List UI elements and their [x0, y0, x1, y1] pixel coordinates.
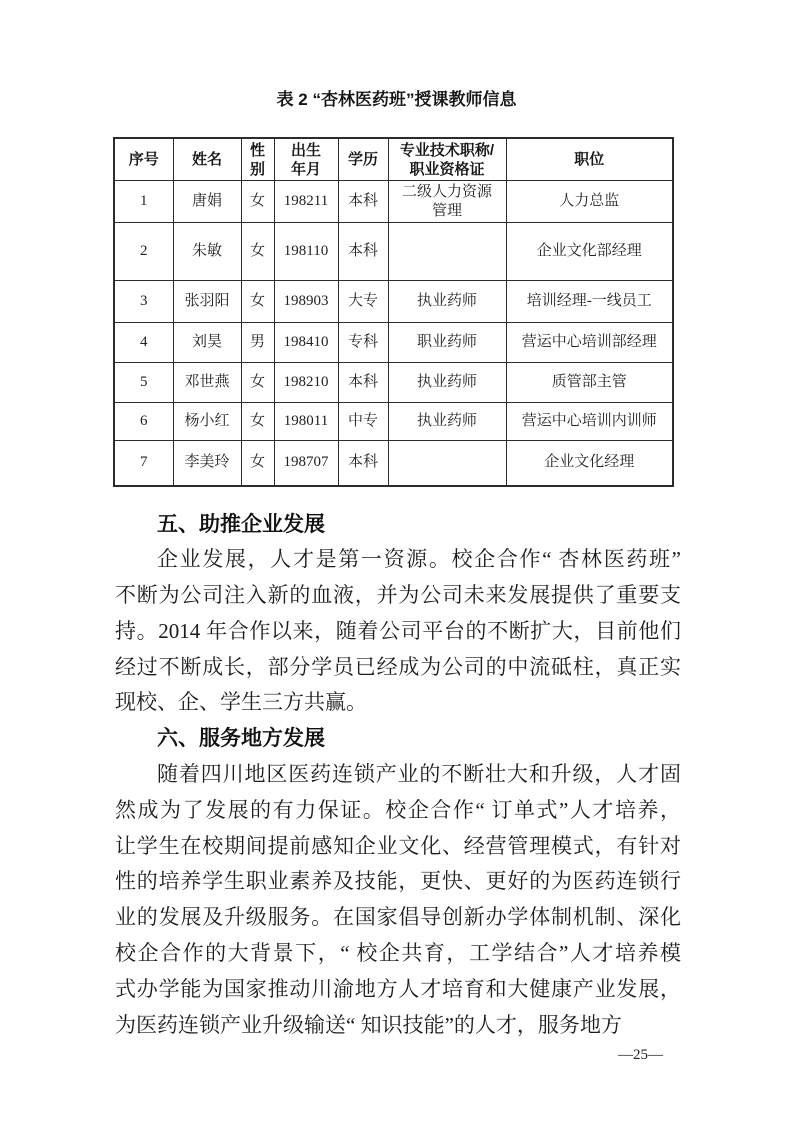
body-text-line: 经过不断成长，部分学员已经成为公司的中流砥柱，真正实: [115, 650, 681, 686]
header-cell: 序号: [114, 138, 173, 181]
table-cell: 男: [241, 323, 274, 363]
table-cell: 营运中心培训部经理: [506, 323, 673, 363]
table-cell: 198210: [274, 363, 338, 403]
section-heading: 五、助推企业发展: [115, 507, 681, 543]
text-sections: 五、助推企业发展企业发展，人才是第一资源。校企合作“ 杏林医药班”不断为公司注入…: [115, 507, 681, 1044]
table-cell: 二级人力资源 管理: [388, 181, 506, 223]
section-heading: 六、服务地方发展: [115, 721, 681, 757]
table-cell: 198410: [274, 323, 338, 363]
body-text-line: 让学生在校期间提前感知企业文化、经营管理模式，有针对: [115, 829, 681, 865]
table-cell: 女: [241, 181, 274, 223]
body-text-line: 校企合作的大背景下，“ 校企共育，工学结合”人才培养模: [115, 936, 681, 972]
table-cell: 女: [241, 441, 274, 486]
table-cell: 1: [114, 181, 173, 223]
table-cell: 198707: [274, 441, 338, 486]
header-cell: 专业技术职称/ 职业资格证: [388, 138, 506, 181]
table-cell: 专科: [338, 323, 388, 363]
table-row: 7李美玲女198707本科企业文化经理: [114, 441, 673, 486]
body-text-line: 然成为了发展的有力保证。校企合作“ 订单式”人才培养，: [115, 793, 681, 829]
table-cell: 邓世燕: [173, 363, 241, 403]
table-row: 5邓世燕女198210本科执业药师质管部主管: [114, 363, 673, 403]
table-cell: 198211: [274, 181, 338, 223]
table-cell: 朱敏: [173, 223, 241, 281]
header-cell: 职位: [506, 138, 673, 181]
body-text-line: 不断为公司注入新的血液，并为公司未来发展提供了重要支: [115, 578, 681, 614]
table-cell: 执业药师: [388, 363, 506, 403]
header-cell: 学历: [338, 138, 388, 181]
table-cell: [388, 223, 506, 281]
table-row: 2朱敏女198110本科企业文化部经理: [114, 223, 673, 281]
table-cell: 本科: [338, 181, 388, 223]
table-cell: 女: [241, 403, 274, 441]
table-cell: 5: [114, 363, 173, 403]
header-cell: 出生 年月: [274, 138, 338, 181]
body-text-line: 企业发展，人才是第一资源。校企合作“ 杏林医药班”: [115, 542, 681, 578]
table-cell: 培训经理-一线员工: [506, 281, 673, 323]
table-cell: 执业药师: [388, 281, 506, 323]
table-header: 序号姓名性 别出生 年月学历专业技术职称/ 职业资格证职位: [114, 138, 673, 181]
table-cell: 职业药师: [388, 323, 506, 363]
table-cell: 本科: [338, 223, 388, 281]
body-text-line: 式办学能为国家推动川渝地方人才培育和大健康产业发展，: [115, 972, 681, 1008]
table-cell: 人力总监: [506, 181, 673, 223]
table-cell: 李美玲: [173, 441, 241, 486]
body-text-line: 性的培养学生职业素养及技能，更快、更好的为医药连锁行: [115, 864, 681, 900]
body-text-line: 随着四川地区医药连锁产业的不断壮大和升级，人才固: [115, 757, 681, 793]
body-text-line: 为医药连锁产业升级输送“ 知识技能”的人才，服务地方: [115, 1008, 681, 1044]
table-body: 1唐娟女198211本科二级人力资源 管理人力总监2朱敏女198110本科企业文…: [114, 181, 673, 486]
table-cell: [388, 441, 506, 486]
table-cell: 唐娟: [173, 181, 241, 223]
table-header-row: 序号姓名性 别出生 年月学历专业技术职称/ 职业资格证职位: [114, 138, 673, 181]
header-cell: 性 别: [241, 138, 274, 181]
table-cell: 3: [114, 281, 173, 323]
table-cell: 女: [241, 223, 274, 281]
table-cell: 大专: [338, 281, 388, 323]
table-cell: 198011: [274, 403, 338, 441]
table-cell: 执业药师: [388, 403, 506, 441]
table-cell: 企业文化经理: [506, 441, 673, 486]
table-row: 4刘昊男198410专科职业药师营运中心培训部经理: [114, 323, 673, 363]
table-cell: 营运中心培训内训师: [506, 403, 673, 441]
table-cell: 女: [241, 363, 274, 403]
header-cell: 姓名: [173, 138, 241, 181]
table-cell: 刘昊: [173, 323, 241, 363]
table-cell: 7: [114, 441, 173, 486]
table-cell: 女: [241, 281, 274, 323]
table-cell: 企业文化部经理: [506, 223, 673, 281]
teacher-info-table: 序号姓名性 别出生 年月学历专业技术职称/ 职业资格证职位 1唐娟女198211…: [113, 137, 674, 487]
document-page: 表 2 “杏林医药班”授课教师信息 序号姓名性 别出生 年月学历专业技术职称/ …: [0, 0, 793, 1122]
body-text-line: 持。2014 年合作以来，随着公司平台的不断扩大，目前他们: [115, 614, 681, 650]
table-row: 6杨小红女198011中专执业药师营运中心培训内训师: [114, 403, 673, 441]
table-cell: 6: [114, 403, 173, 441]
table-cell: 张羽阳: [173, 281, 241, 323]
body-text-line: 业的发展及升级服务。在国家倡导创新办学体制机制、深化: [115, 900, 681, 936]
table-row: 1唐娟女198211本科二级人力资源 管理人力总监: [114, 181, 673, 223]
table-row: 3张羽阳女198903大专执业药师培训经理-一线员工: [114, 281, 673, 323]
body-text-line: 现校、企、学生三方共赢。: [115, 685, 681, 721]
table-cell: 本科: [338, 441, 388, 486]
table-cell: 本科: [338, 363, 388, 403]
page-number: —25—: [115, 1045, 681, 1065]
table-caption: 表 2 “杏林医药班”授课教师信息: [0, 0, 793, 111]
table-cell: 2: [114, 223, 173, 281]
table-cell: 杨小红: [173, 403, 241, 441]
table-cell: 4: [114, 323, 173, 363]
table-cell: 中专: [338, 403, 388, 441]
table-cell: 198903: [274, 281, 338, 323]
table-cell: 198110: [274, 223, 338, 281]
table-cell: 质管部主管: [506, 363, 673, 403]
